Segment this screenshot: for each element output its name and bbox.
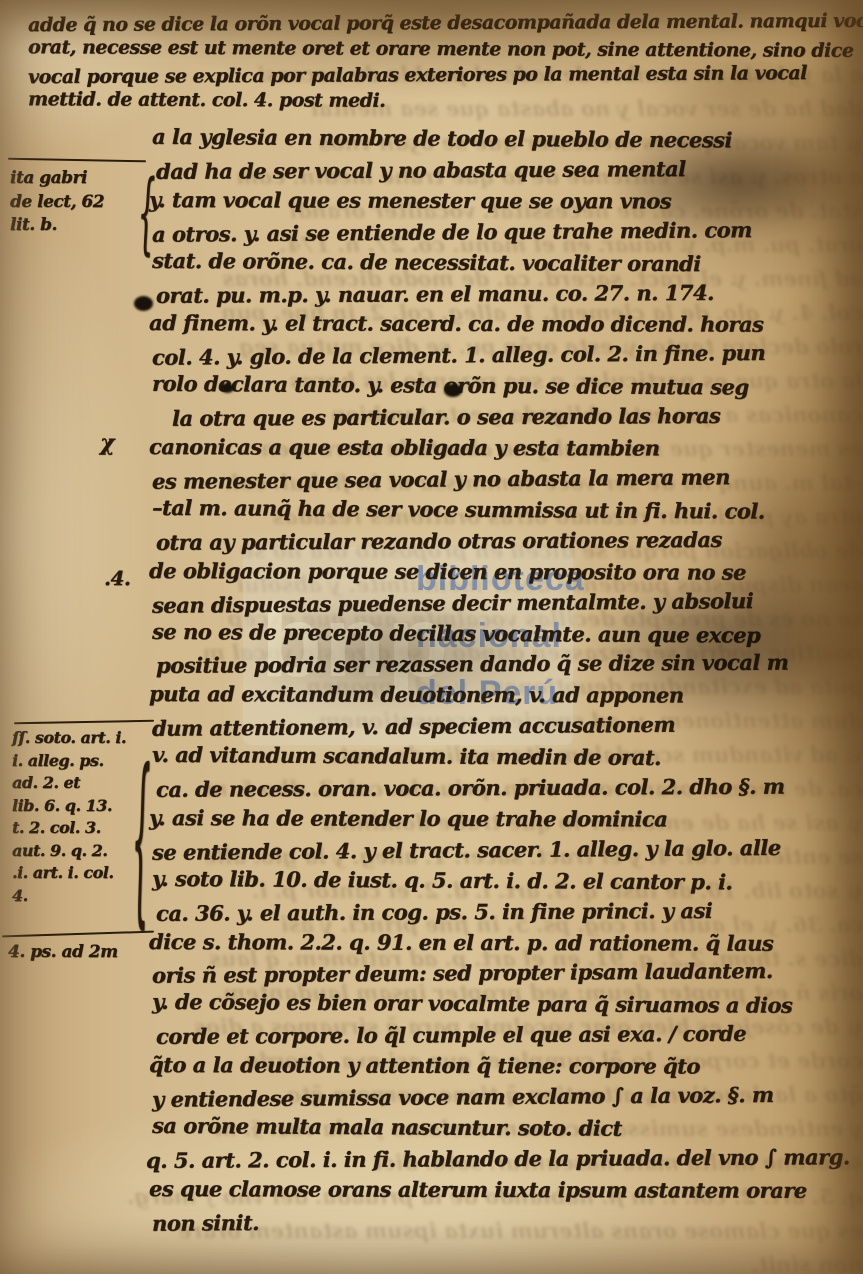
margin-note-line: ad. 2. et [12,772,126,795]
manuscript-line: dum attentionem, v. ad speciem accusatio… [152,708,863,744]
margin-note-citation-3: 4. ps. ad 2m [8,941,118,965]
ink-blot [134,296,153,311]
margin-note-line: lit. b. [10,214,104,238]
manuscript-line: ca. 36. y. el auth. in cog. ps. 5. in fi… [156,895,863,930]
margin-note-citation-2: ſſ. soto. art. i.i. alleg. ps.ad. 2. etl… [12,727,126,907]
manuscript-line: non sinit. [152,1203,863,1239]
manuscript-line: v. ad vitandum scandalum. ita medin de o… [152,740,863,775]
margin-note-line: lib. 6. q. 13. [12,795,126,818]
manuscript-line: ad finem. y. el tract. sacerd. ca. de mo… [149,308,860,341]
ink-blot [444,384,462,397]
manuscript-line: y. de cõsejo es bien orar vocalmte para … [152,987,863,1022]
manuscript-line: es menester que sea vocal y no abasta la… [152,461,863,497]
manuscript-line: es que clamose orans alterum iuxta ipsum… [149,1174,860,1207]
margin-note-line: ita gabri [10,167,104,191]
manuscript-line: y. tam vocal que es menester que se oyan… [149,185,860,218]
manuscript-line: a la yglesia en nombre de todo el pueblo… [152,122,863,157]
bleed-line: non sinit. [0,1248,863,1274]
manuscript-line: sean dispuestas puedense decir mentalmte… [152,585,863,621]
margin-x-mark: χ [100,430,114,456]
top-annotation-block: adde q̃ no se dice la orõn vocal porq̃ e… [28,10,852,114]
margin-note-line: de lect, 62 [10,191,104,215]
manuscript-line: rolo declara tanto. y. esta orõn pu. se … [152,369,863,404]
manuscript-line: se no es de precepto decillas vocalmte. … [152,616,863,651]
manuscript-line: q̃to a la deuotion y attention q̃ tiene:… [149,1050,860,1083]
margin-note-line: 4. ps. ad 2m [8,941,118,965]
manuscript-line: orat, necesse est ut mente oret et orare… [28,34,852,64]
margin-note-line: t. 2. col. 3. [12,817,126,840]
manuscript-line: dice s. thom. 2.2. q. 91. en el art. p. … [149,927,860,960]
manuscript-line: ca. de necess. oran. voca. orõn. priuada… [156,771,863,806]
manuscript-line: y entiendese sumissa voce nam exclamo ∫ … [152,1079,863,1115]
manuscript-line: dad ha de ser vocal y no abasta que sea … [156,153,863,188]
manuscript-line: positiue podria ser rezassen dando q̃ se… [156,648,863,683]
margin-note-line: .i. art. i. col. [12,862,126,885]
manuscript-line: vocal porque se explica por palabras ext… [28,60,852,90]
manuscript-line: otra ay particular rezando otras oration… [156,524,863,559]
margin-note-line: ſſ. soto. art. i. [12,727,126,750]
ink-blot [221,383,234,393]
margin-brace: { [132,733,150,949]
manuscript-line: y. asi se ha de entender lo que trahe do… [149,803,860,836]
margin-brace: { [138,162,155,266]
manuscript-line: puta ad excitandum deuotionem, v. ad app… [149,679,860,712]
manuscript-line: mettid. de attent. col. 4. post medi. [28,86,852,116]
manuscript-line: corde et corpore. lo q̃l cumple el que a… [156,1018,863,1053]
manuscript-line: stat. de orõne. ca. de necessitat. vocal… [152,245,863,280]
margin-note-line: i. alleg. ps. [12,750,126,773]
manuscript-line: –tal m. aunq̃ ha de ser voce summissa ut… [152,493,863,528]
manuscript-line: se entiende col. 4. y el tract. sacer. 1… [152,832,863,868]
margin-note-line: aut. 9. q. 2. [12,840,126,863]
manuscript-line: sa orõne multa mala nascuntur. soto. dic… [152,1111,863,1146]
manuscript-page: a la yglesia en nombre de todo el pueblo… [0,0,863,1274]
manuscript-line: adde q̃ no se dice la orõn vocal porq̃ e… [28,8,852,38]
manuscript-line: orat. pu. m.p. y. nauar. en el manu. co.… [156,277,863,312]
manuscript-line: la otra que es particular. o sea rezando… [172,400,863,435]
paragraph-number: .4. [104,566,130,590]
manuscript-line: q. 5. art. 2. col. i. in fi. hablando de… [146,1142,863,1177]
margin-rule [14,720,154,724]
margin-note-citation-1: ita gabride lect, 62lit. b. [10,167,104,238]
margin-rule [8,158,146,163]
manuscript-line: y. soto lib. 10. de iust. q. 5. art. i. … [152,864,863,899]
margin-note-line: 4. [12,885,126,908]
manuscript-line: canonicas a que esta obligada y esta tam… [149,432,860,465]
main-text-block: a la yglesia en nombre de todo el pueblo… [152,124,863,1237]
manuscript-line: a otros. y. asi se entiende de lo que tr… [152,214,863,250]
manuscript-line: de obligacion porque se dicen en proposi… [149,556,860,589]
